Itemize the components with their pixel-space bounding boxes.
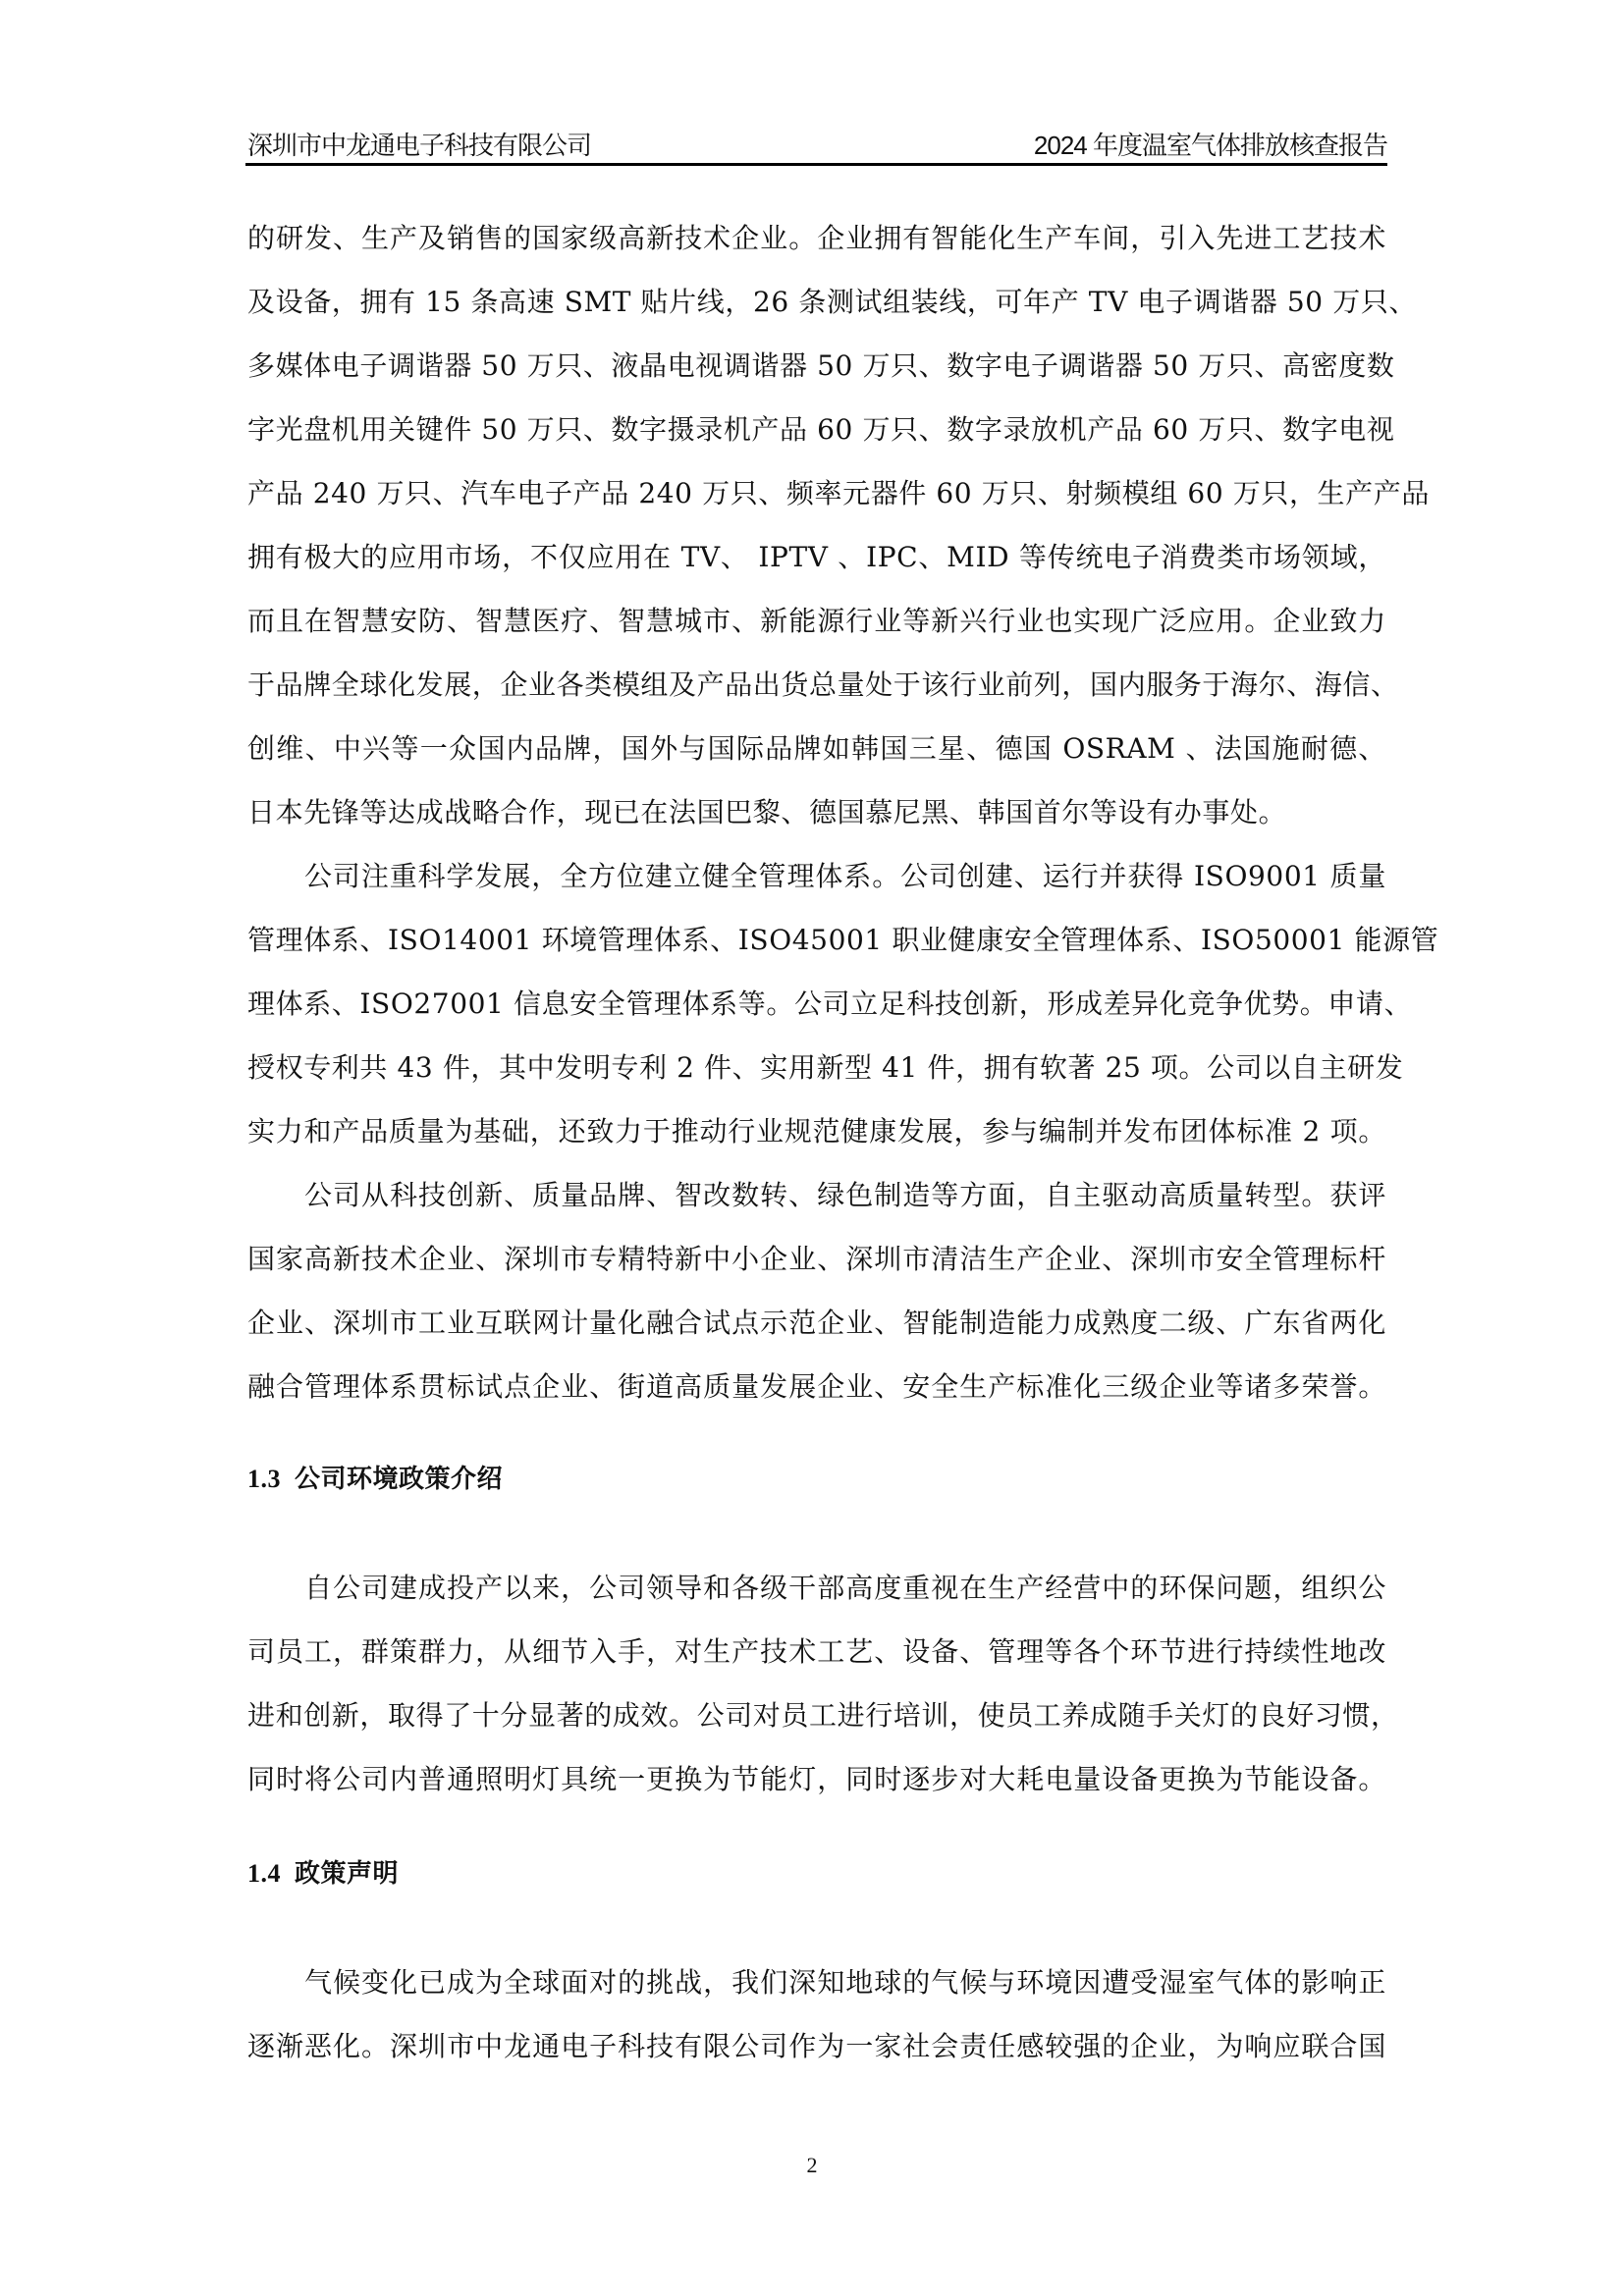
paragraph-company-products: 的研发、生产及销售的国家级高新技术企业。企业拥有智能化生产车间，引入先进工艺技术… — [247, 206, 1386, 844]
text-line: 于品牌全球化发展，企业各类模组及产品出货总量处于该行业前列，国内服务于海尔、海信… — [247, 653, 1386, 717]
paragraph-policy-statement: 气候变化已成为全球面对的挑战，我们深知地球的气候与环境因遭受湿室气体的影响正 逐… — [247, 1950, 1386, 2078]
section-title: 政策声明 — [295, 1859, 399, 1888]
section-heading-1-4: 1.4政策声明 — [247, 1844, 1386, 1903]
section-number: 1.3 — [247, 1465, 281, 1493]
text-line: 公司从科技创新、质量品牌、智改数转、绿色制造等方面，自主驱动高质量转型。获评 — [247, 1163, 1386, 1227]
text-line: 自公司建成投产以来，公司领导和各级干部高度重视在生产经营中的环保问题，组织公 — [247, 1556, 1386, 1620]
text-line: 多媒体电子调谐器 50 万只、液晶电视调谐器 50 万只、数字电子调谐器 50 … — [247, 334, 1386, 398]
page-number: 2 — [0, 2153, 1624, 2178]
section-heading-1-3: 1.3公司环境政策介绍 — [247, 1450, 1386, 1509]
text-line: 公司注重科学发展，全方位建立健全管理体系。公司创建、运行并获得 ISO9001 … — [247, 844, 1386, 908]
text-line: 及设备，拥有 15 条高速 SMT 贴片线，26 条测试组装线，可年产 TV 电… — [247, 270, 1386, 334]
header-report-title: 2024 年度温室气体排放核查报告 — [1034, 126, 1387, 162]
text-line: 逐渐恶化。深圳市中龙通电子科技有限公司作为一家社会责任感较强的企业，为响应联合国 — [247, 2014, 1386, 2078]
text-line: 的研发、生产及销售的国家级高新技术企业。企业拥有智能化生产车间，引入先进工艺技术 — [247, 206, 1386, 270]
text-line: 融合管理体系贯标试点企业、街道高质量发展企业、安全生产标准化三级企业等诸多荣誉。 — [247, 1355, 1386, 1418]
page-body: 的研发、生产及销售的国家级高新技术企业。企业拥有智能化生产车间，引入先进工艺技术… — [247, 206, 1386, 2078]
text-line: 字光盘机用关键件 50 万只、数字摄录机产品 60 万只、数字录放机产品 60 … — [247, 398, 1386, 461]
text-line: 日本先锋等达成战略合作，现已在法国巴黎、德国慕尼黑、韩国首尔等设有办事处。 — [247, 780, 1386, 844]
text-line: 创维、中兴等一众国内品牌，国外与国际品牌如韩国三星、德国 OSRAM 、法国施耐… — [247, 717, 1386, 780]
section-title: 公司环境政策介绍 — [295, 1465, 503, 1493]
text-line: 气候变化已成为全球面对的挑战，我们深知地球的气候与环境因遭受湿室气体的影响正 — [247, 1950, 1386, 2014]
text-line: 同时将公司内普通照明灯具统一更换为节能灯，同时逐步对大耗电量设备更换为节能设备。 — [247, 1747, 1386, 1811]
text-line: 而且在智慧安防、智慧医疗、智慧城市、新能源行业等新兴行业也实现广泛应用。企业致力 — [247, 589, 1386, 653]
text-line: 产品 240 万只、汽车电子产品 240 万只、频率元器件 60 万只、射频模组… — [247, 461, 1386, 525]
text-line: 司员工，群策群力，从细节入手，对生产技术工艺、设备、管理等各个环节进行持续性地改 — [247, 1620, 1386, 1683]
paragraph-honors: 公司从科技创新、质量品牌、智改数转、绿色制造等方面，自主驱动高质量转型。获评 国… — [247, 1163, 1386, 1418]
section-number: 1.4 — [247, 1859, 281, 1888]
paragraph-management-systems: 公司注重科学发展，全方位建立健全管理体系。公司创建、运行并获得 ISO9001 … — [247, 844, 1386, 1163]
text-line: 管理体系、ISO14001 环境管理体系、ISO45001 职业健康安全管理体系… — [247, 908, 1386, 972]
text-line: 进和创新，取得了十分显著的成效。公司对员工进行培训，使员工养成随手关灯的良好习惯… — [247, 1683, 1386, 1747]
text-line: 理体系、ISO27001 信息安全管理体系等。公司立足科技创新，形成差异化竞争优… — [247, 972, 1386, 1036]
text-line: 实力和产品质量为基础，还致力于推动行业规范健康发展，参与编制并发布团体标准 2 … — [247, 1099, 1386, 1163]
text-line: 拥有极大的应用市场，不仅应用在 TV、 IPTV 、IPC、MID 等传统电子消… — [247, 525, 1386, 589]
page-header: 深圳市中龙通电子科技有限公司 2024 年度温室气体排放核查报告 — [245, 120, 1387, 166]
text-line: 国家高新技术企业、深圳市专精特新中小企业、深圳市清洁生产企业、深圳市安全管理标杆 — [247, 1227, 1386, 1291]
header-company-name: 深圳市中龙通电子科技有限公司 — [247, 126, 591, 162]
text-line: 授权专利共 43 件，其中发明专利 2 件、实用新型 41 件，拥有软著 25 … — [247, 1036, 1386, 1099]
paragraph-environment-policy: 自公司建成投产以来，公司领导和各级干部高度重视在生产经营中的环保问题，组织公 司… — [247, 1556, 1386, 1811]
text-line: 企业、深圳市工业互联网计量化融合试点示范企业、智能制造能力成熟度二级、广东省两化 — [247, 1291, 1386, 1355]
